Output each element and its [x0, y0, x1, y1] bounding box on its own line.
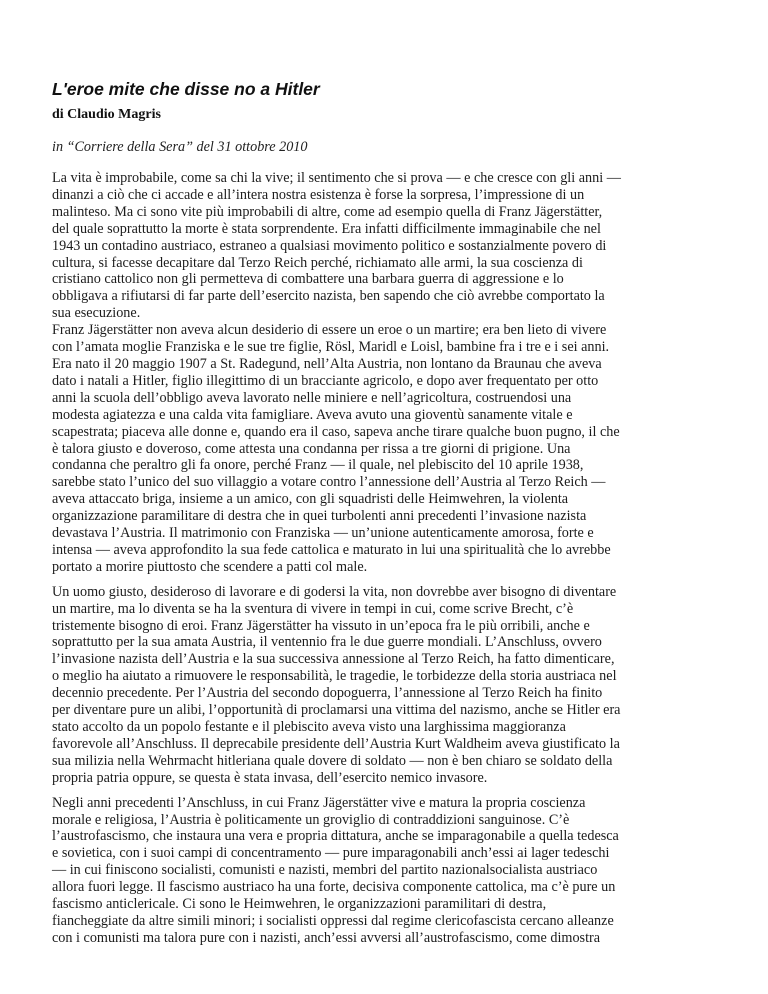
text-line: dato i natali a Hitler, figlio illegitti… — [52, 373, 742, 390]
text-line: La vita è improbabile, come sa chi la vi… — [52, 170, 742, 187]
article-byline: di Claudio Magris — [52, 106, 742, 124]
text-line: Negli anni precedenti l’Anschluss, in cu… — [52, 795, 742, 812]
text-line: e sovietica, con i suoi campi di concent… — [52, 845, 742, 862]
text-line: — in cui finiscono socialisti, comunisti… — [52, 862, 742, 879]
text-line: o meglio ha aiutato a rimuovere le respo… — [52, 668, 742, 685]
text-line: con l’amata moglie Franziska e le sue tr… — [52, 339, 742, 356]
text-line: sarebbe stato l’unico del suo villaggio … — [52, 474, 742, 491]
text-line: aveva attaccato briga, insieme a un amic… — [52, 491, 742, 508]
text-line: tristemente bisogno di eroi. Franz Jäger… — [52, 618, 742, 635]
text-line: portato a morire piuttosto che scendere … — [52, 559, 742, 576]
text-line: un martire, ma lo diventa se ha la svent… — [52, 601, 742, 618]
text-line: è talora giusto e doveroso, come attesta… — [52, 441, 742, 458]
text-line: intensa — aveva approfondito la sua fede… — [52, 542, 742, 559]
text-line: con i comunisti ma talora pure con i naz… — [52, 930, 742, 947]
text-line: dinanzi a ciò che ci accade e all’intera… — [52, 187, 742, 204]
text-line: del quale soprattutto la morte è stata s… — [52, 221, 742, 238]
text-line: propria patria oppure, se questa è stata… — [52, 770, 742, 787]
text-line: per diventare pure un alibi, l’opportuni… — [52, 702, 742, 719]
text-line: Era nato il 20 maggio 1907 a St. Radegun… — [52, 356, 742, 373]
text-line: fiancheggiate da altre simili minori; i … — [52, 913, 742, 930]
text-line: cristiano cattolico non gli permetteva d… — [52, 271, 742, 288]
text-line: Franz Jägerstätter non aveva alcun desid… — [52, 322, 742, 339]
paragraph-3: Un uomo giusto, desideroso di lavorare e… — [52, 584, 742, 787]
text-line: obbligava a rifiutarsi di far parte dell… — [52, 288, 742, 305]
text-line: l’austrofascismo, che instaura una vera … — [52, 828, 742, 845]
text-line: fascismo anticlericale. Ci sono le Heimw… — [52, 896, 742, 913]
article-source: in “Corriere della Sera” del 31 ottobre … — [52, 138, 742, 156]
text-line: sua milizia nella Wehrmacht hitleriana q… — [52, 753, 742, 770]
text-line: Un uomo giusto, desideroso di lavorare e… — [52, 584, 742, 601]
text-line: cultura, si facesse decapitare dal Terzo… — [52, 255, 742, 272]
text-line: organizzazione paramilitare di destra ch… — [52, 508, 742, 525]
text-line: l’invasione nazista dell’Austria e la su… — [52, 651, 742, 668]
text-line: favorevole all’Anschluss. Il deprecabile… — [52, 736, 742, 753]
text-line: morale e religiosa, l’Austria è politica… — [52, 812, 742, 829]
text-line: soprattutto per la sua amata Austria, il… — [52, 634, 742, 651]
text-line: allora fuori legge. Il fascismo austriac… — [52, 879, 742, 896]
text-line: devastava l’Austria. Il matrimonio con F… — [52, 525, 742, 542]
text-line: malinteso. Ma ci sono vite più improbabi… — [52, 204, 742, 221]
text-line: decennio precedente. Per l’Austria del s… — [52, 685, 742, 702]
paragraph-4: Negli anni precedenti l’Anschluss, in cu… — [52, 795, 742, 947]
text-line: modesta agiatezza e una calda vita famig… — [52, 407, 742, 424]
paragraph-1: La vita è improbabile, come sa chi la vi… — [52, 170, 742, 322]
text-line: 1943 un contadino austriaco, estraneo a … — [52, 238, 742, 255]
text-line: stato accolto da un popolo festante e il… — [52, 719, 742, 736]
text-line: sua esecuzione. — [52, 305, 742, 322]
paragraph-2: Franz Jägerstätter non aveva alcun desid… — [52, 322, 742, 576]
article-title: L'eroe mite che disse no a Hitler — [52, 78, 742, 100]
text-line: anni la scuola dell’obbligo aveva lavora… — [52, 390, 742, 407]
text-line: condanna che peraltro gli fa onore, perc… — [52, 457, 742, 474]
article-body: La vita è improbabile, come sa chi la vi… — [52, 170, 742, 947]
text-line: scapestrata; piaceva alle donne e, quand… — [52, 424, 742, 441]
document-page: L'eroe mite che disse no a Hitler di Cla… — [52, 78, 742, 947]
